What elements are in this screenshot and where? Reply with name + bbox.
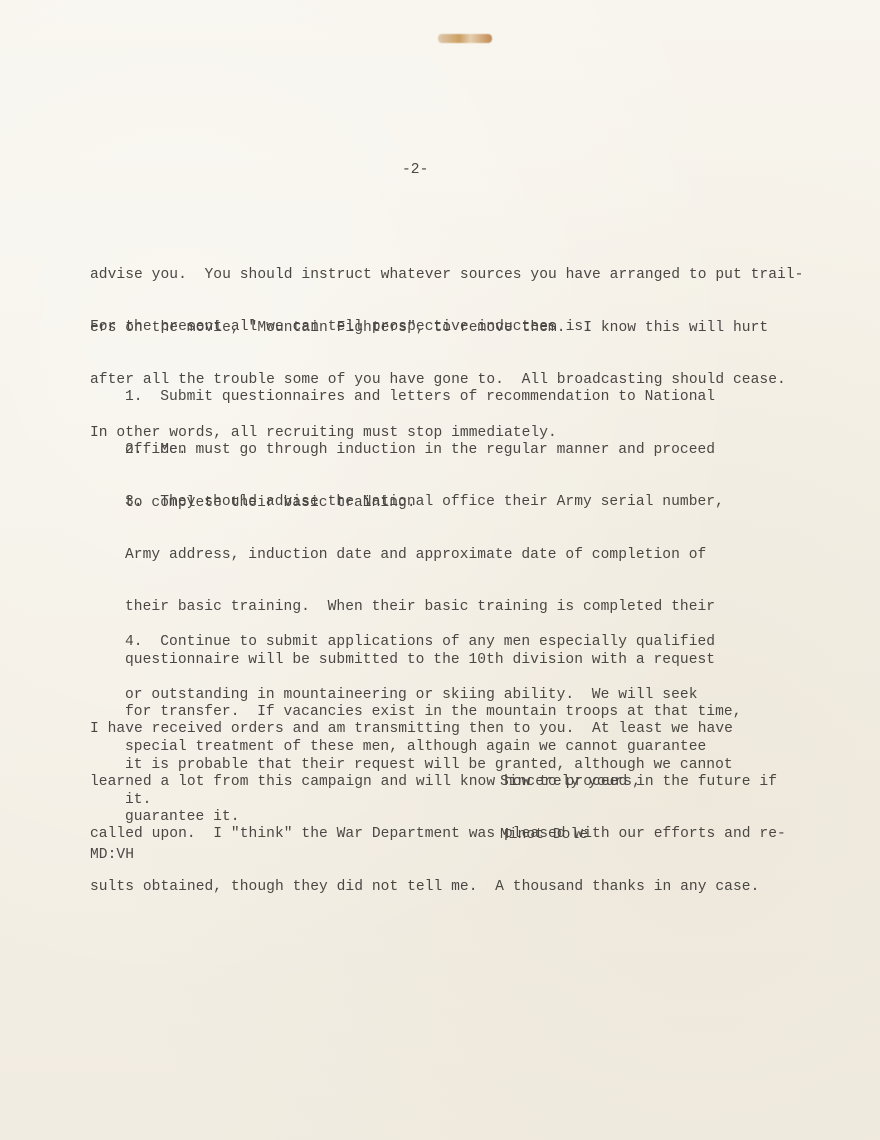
text-line: Army address, induction date and approxi… (125, 547, 742, 565)
text-line: advise you. You should instruct whatever… (90, 267, 803, 285)
text-line: 3. They should advise the National offic… (125, 494, 742, 512)
text-line: called upon. I "think" the War Departmen… (90, 826, 786, 844)
letter-page: -2- advise you. You should instruct what… (0, 0, 880, 1140)
text-line: sults obtained, though they did not tell… (90, 879, 786, 897)
text-line: 2. Men must go through induction in the … (125, 442, 715, 460)
page-number: -2- (402, 162, 428, 180)
text-line: 1. Submit questionnaires and letters of … (125, 389, 715, 407)
text-line: 4. Continue to submit applications of an… (125, 634, 715, 652)
signature-name: Minot Dole (500, 827, 588, 845)
intro-line: For the present all we can tell prospect… (90, 319, 592, 337)
text-line: I have received orders and am transmitti… (90, 721, 786, 739)
typist-initials: MD:VH (90, 847, 134, 865)
paper-stain (438, 34, 492, 43)
closing-paragraph: I have received orders and am transmitti… (90, 686, 786, 931)
text-line: learned a lot from this campaign and wil… (90, 774, 786, 792)
closing-salutation: Sincerely yours, (500, 774, 641, 792)
